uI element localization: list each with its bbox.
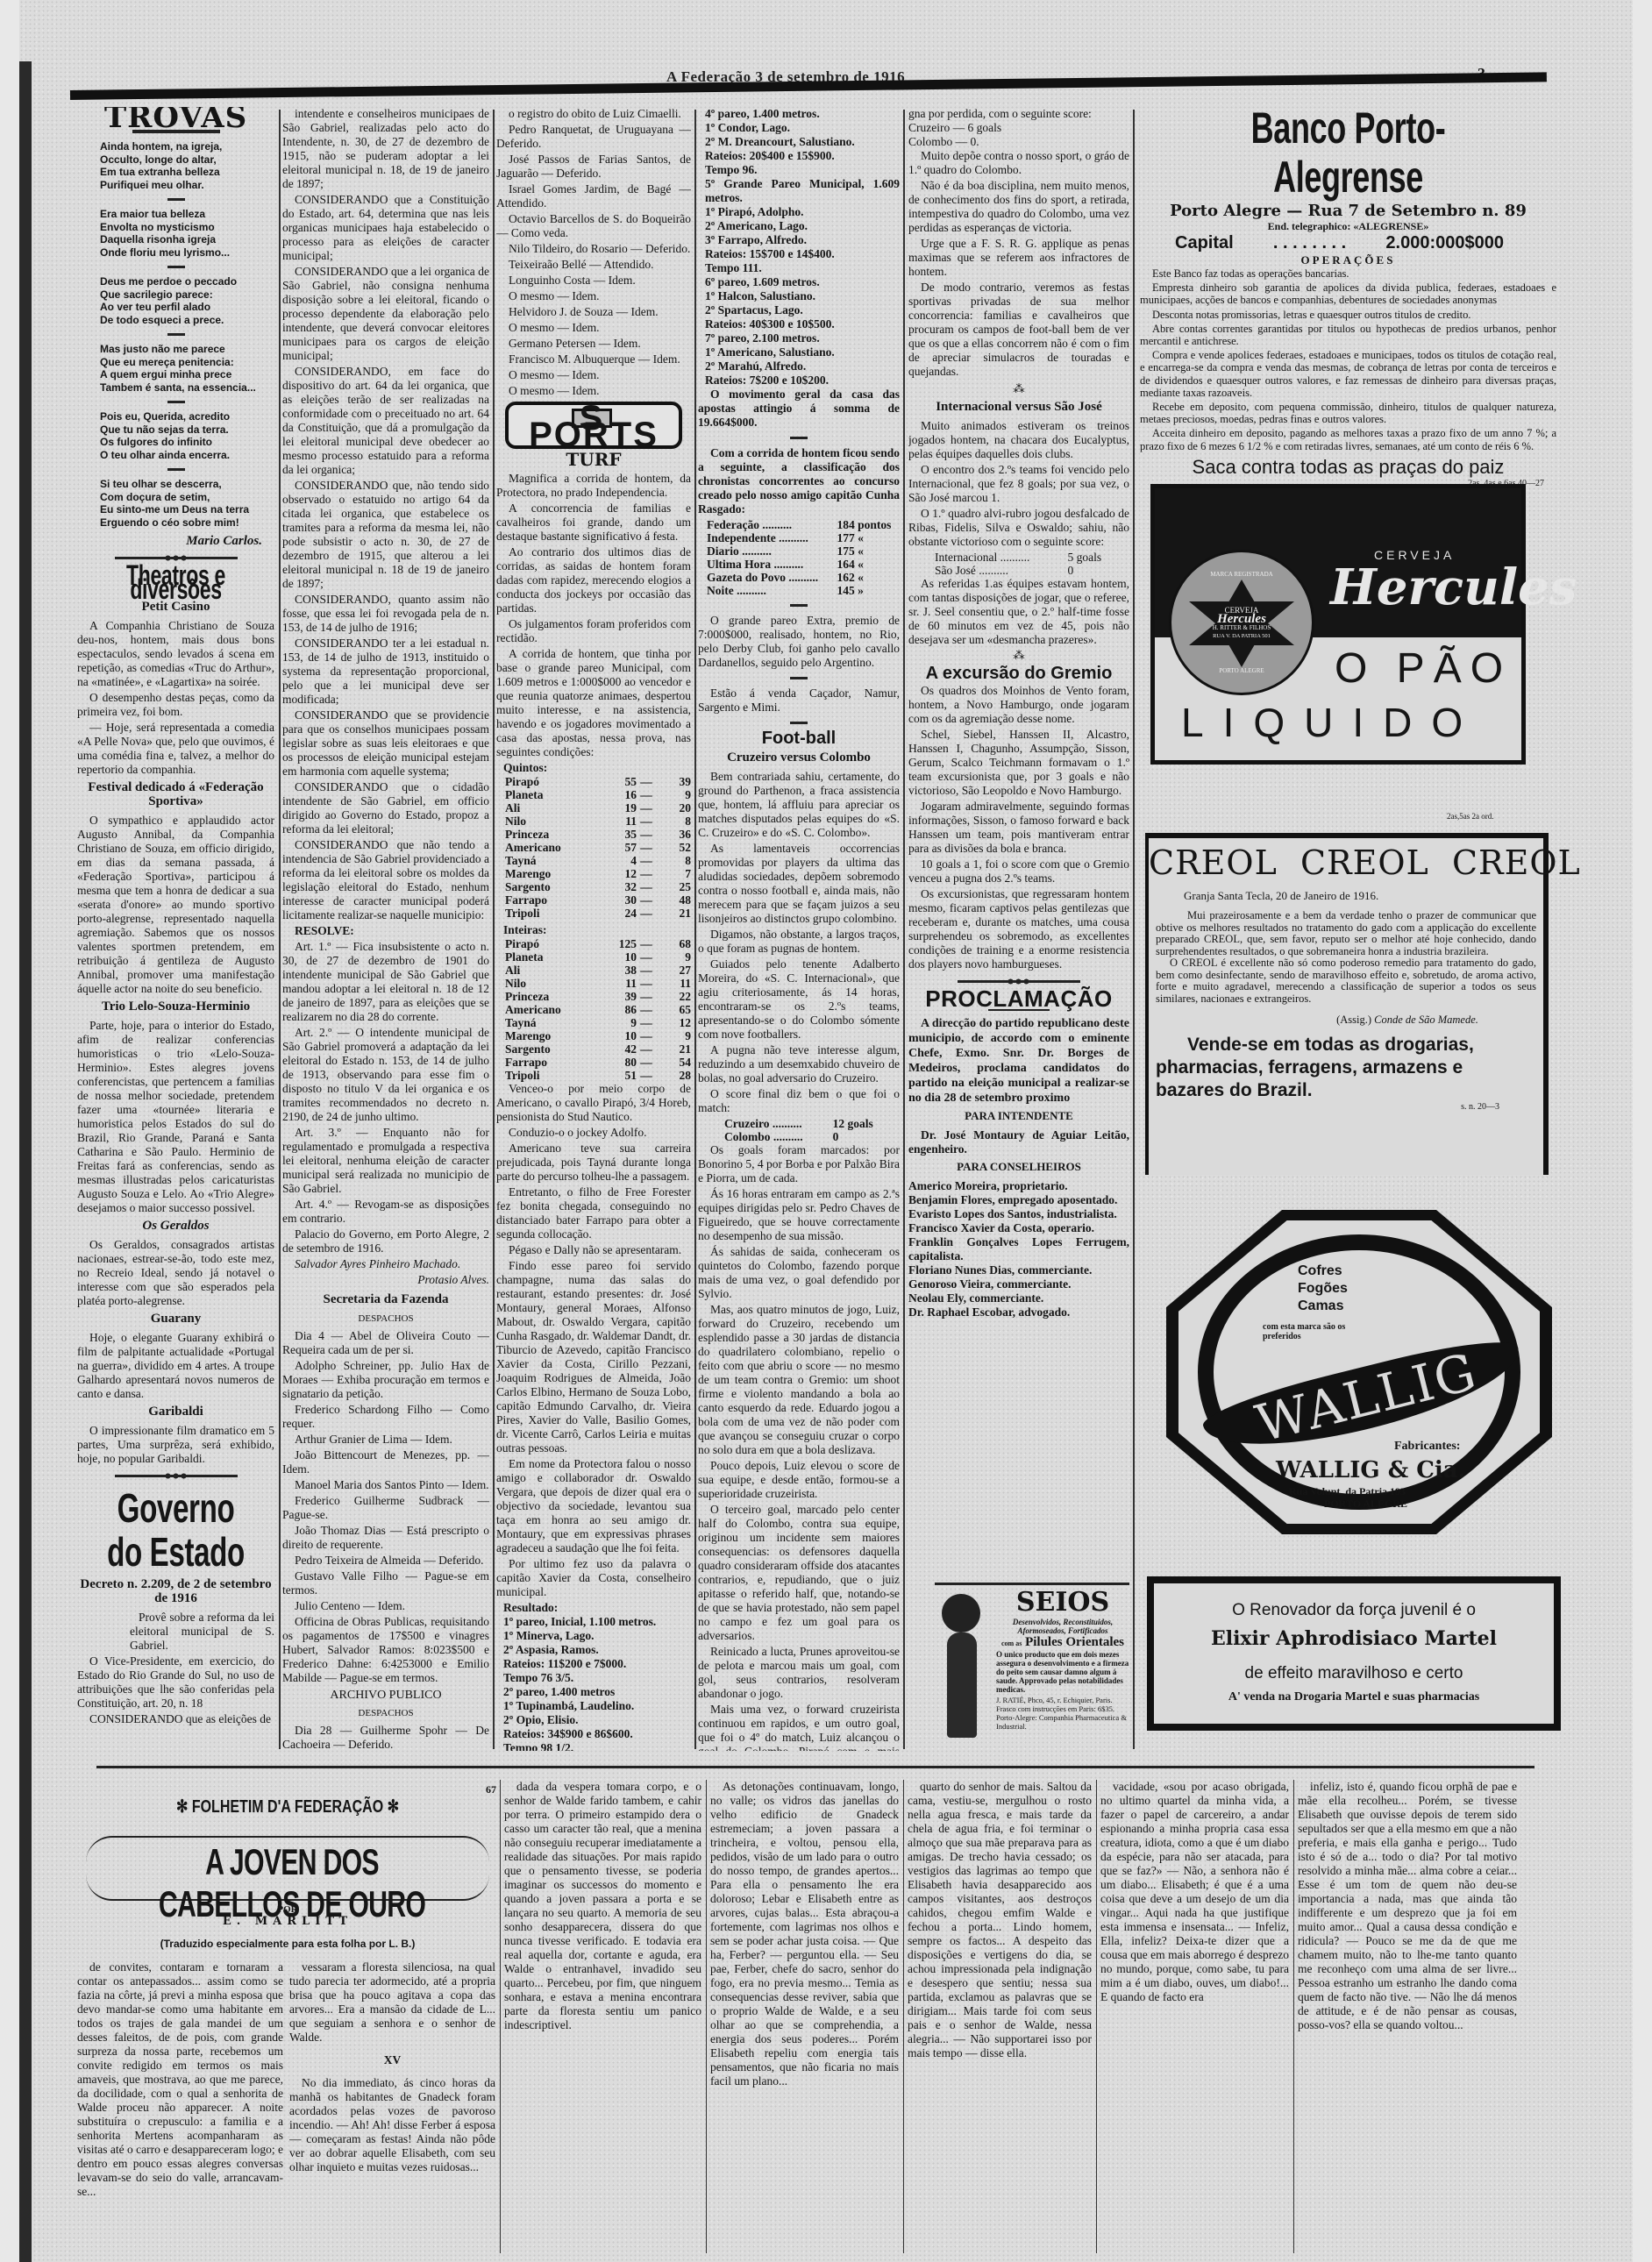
intendente-label: PARA INTENDENTE xyxy=(908,1109,1129,1123)
paragraph: CONSIDERANDO que se providencie para que… xyxy=(282,708,489,779)
paragraph: Os Geraldos, consagrados artistas nacion… xyxy=(77,1238,274,1308)
paragraph: — Hoje, será representada a comedia «A P… xyxy=(77,721,274,777)
line: Rateios: 15$700 e 14$400. xyxy=(705,247,900,261)
trovas-title: TROVAS xyxy=(77,110,274,124)
signature: Protasio Alves. xyxy=(282,1273,489,1287)
paragraph: Reinicado a lucta, Prunes aproveitou-se … xyxy=(698,1645,900,1701)
paragraph: Guiados pelo tenente Adalberto Moreira, … xyxy=(698,957,900,1042)
table-row: Nilo11—11 xyxy=(496,977,691,990)
turf-article: Magnifica a corrida de hontem, da Protec… xyxy=(496,472,691,759)
paragraph: O sympathico e applaudido actor Augusto … xyxy=(77,814,274,996)
line: Neolau Ely, commerciante. xyxy=(908,1291,1129,1305)
table-row: Marengo12—7 xyxy=(496,867,691,880)
creol-ad: CREOL CREOL CREOL Granja Santa Tecla, 20… xyxy=(1145,833,1549,1175)
wallig-ad: WALLIG CofresFogõesCamas com esta marca … xyxy=(1166,1210,1552,1534)
wallig-maker: WALLIG & Cia. xyxy=(1276,1457,1466,1483)
resolve-label: RESOLVE: xyxy=(282,924,489,938)
archivo-heading: ARCHIVO PUBLICO xyxy=(282,1689,489,1703)
martel-line3: de effeito maravilhoso e certo xyxy=(1154,1664,1554,1683)
page-edge-shadow xyxy=(19,61,32,2262)
creol-text: O CREOL é excellente não só como poderos… xyxy=(1149,957,1543,1005)
line: 2º Aspasia, Ramos. xyxy=(503,1643,691,1657)
banco-ad: Banco Porto-Alegrense Porto Alegre — Rua… xyxy=(1140,103,1556,472)
paragraph: O impressionante film dramatico em 5 par… xyxy=(77,1424,274,1466)
paragraph: Arthur Granier de Lima — Idem. xyxy=(282,1433,489,1447)
paragraph: O Vice-Presidente, em exercicio, do Esta… xyxy=(77,1654,274,1711)
line: 2º Opio, Elisio. xyxy=(503,1713,691,1727)
banco-address: Porto Alegre — Rua 7 de Setembro n. 89 xyxy=(1140,202,1556,220)
paragraph: Pedro Teixeira de Almeida — Deferido. xyxy=(282,1554,489,1568)
stanza: Era maior tua bellezaEnvolta no mysticis… xyxy=(77,208,274,259)
line: 1º Halcon, Salustiano. xyxy=(705,289,900,303)
archivo-entries-cont: o registro do obito de Luiz Cimaelli.Ped… xyxy=(496,107,691,398)
paragraph: Schel, Siebel, Hanssen II, Alcastro, Han… xyxy=(908,728,1129,798)
paragraph: Por ultimo fez uso da palavra o capitão … xyxy=(496,1557,691,1599)
seios-ad: SEIOS Desenvolvidos, Reconstituidos, Afo… xyxy=(935,1583,1129,1752)
line: Rateios: 40$300 e 10$500. xyxy=(705,317,900,331)
quintos-label: Quintos: xyxy=(496,761,691,775)
seios-maker: J. RATIÉ, Phco, 45, r. Echiquier, Paris.… xyxy=(996,1696,1129,1731)
folhetim-col-6: vacidade, «sou por acaso obrigada, no ul… xyxy=(1100,1780,1289,2258)
line: 1º pareo, Inicial, 1.100 metros. xyxy=(503,1615,691,1629)
seios-product: com as Pilules Orientales xyxy=(996,1635,1129,1650)
gremio-heading: A excursão do Gremio xyxy=(908,666,1129,680)
commentary: Muito depõe contra o nosso sport, o gráo… xyxy=(908,149,1129,379)
paragraph: CONSIDERANDO, em face do dispositivo do … xyxy=(282,365,489,477)
paragraph: Entretanto, o filho de Free Forester fez… xyxy=(496,1185,691,1241)
line: 2º Spartacus, Lago. xyxy=(705,303,900,317)
paragraph: O mesmo — Idem. xyxy=(496,289,691,303)
paragraph: 10 goals a 1, foi o score com que o Grem… xyxy=(908,857,1129,886)
line: Cruzeiro — 6 goals xyxy=(908,121,1129,135)
governo-title: Governo do Estado xyxy=(105,1486,247,1574)
creol-title: CREOL CREOL CREOL xyxy=(1149,843,1543,882)
line: Colombo — 0. xyxy=(908,135,1129,149)
decree-body: intendente e conselheiros municipaes de … xyxy=(282,107,489,922)
turf-article-cont: Venceo-o por meio corpo de Americano, o … xyxy=(496,1082,691,1599)
line: Dr. Raphael Escobar, advogado. xyxy=(908,1305,1129,1319)
column-rule xyxy=(279,110,281,1749)
line: Genoroso Vieira, commerciante. xyxy=(908,1277,1129,1291)
paragraph: A corrida de hontem, que tinha por base … xyxy=(496,647,691,759)
paragraph: Helvidoro J. de Souza — Idem. xyxy=(496,305,691,319)
paragraph: CONSIDERANDO ter a lei estadual n. 153, … xyxy=(282,637,489,707)
table-row: Princeza35—36 xyxy=(496,828,691,841)
despachos-label: DESPACHOS xyxy=(282,1312,489,1326)
column-rule xyxy=(706,1780,707,2253)
paragraph: Octavio Barcellos de S. do Boqueirão — C… xyxy=(496,212,691,240)
paragraph: Este Banco faz todas as operações bancar… xyxy=(1140,267,1556,280)
column-rule xyxy=(1096,1780,1097,2253)
paragraph: Magnifica a corrida de hontem, da Protec… xyxy=(496,472,691,500)
line: 1º Condor, Lago. xyxy=(705,121,900,135)
paragraph: Manoel Maria dos Santos Pinto — Idem. xyxy=(282,1478,489,1492)
line: Tempo 98 1/2. xyxy=(503,1741,691,1751)
paragraph: CONSIDERANDO que a lei organica de São G… xyxy=(282,265,489,363)
paragraph: Mas, aos quatro minutos de jogo, Luiz, f… xyxy=(698,1303,900,1457)
table-row: Farrapo30—48 xyxy=(496,893,691,907)
table-row: Cruzeiro ..........12 goals xyxy=(716,1117,887,1130)
column-3: o registro do obito de Luiz Cimaelli.Ped… xyxy=(496,107,691,1751)
race-results-cont: 4º pareo, 1.400 metros.1º Condor, Lago.2… xyxy=(698,107,900,388)
cruzeiro-article: Bem contrariada sahiu, certamente, do gr… xyxy=(698,770,900,1115)
line: Evaristo Lopes dos Santos, industrialist… xyxy=(908,1207,1129,1221)
paragraph: Ao contrario dos ultimos dias de corrida… xyxy=(496,545,691,615)
paragraph: Art. 1.º — Fica insubsistente o acto n. … xyxy=(282,940,489,1024)
line: Tempo 96. xyxy=(705,163,900,177)
stanza: Pois eu, Querida, acreditoQue tu não sej… xyxy=(77,410,274,461)
folhetim-col-3: dada da vespera tomara corpo, e o senhor… xyxy=(504,1780,701,2258)
paragraph: Os goals foram marcados: por Bonorino 5,… xyxy=(698,1143,900,1185)
creol-date: Granja Santa Tecla, 20 de Janeiro de 191… xyxy=(1149,889,1543,903)
column-rule xyxy=(1133,110,1135,1749)
divider xyxy=(790,437,808,439)
table-row: Pirapó55—39 xyxy=(496,775,691,788)
paragraph: Dia 4 — Abel de Oliveira Couto — Requeir… xyxy=(282,1329,489,1357)
paragraph: Palacio do Governo, em Porto Alegre, 2 d… xyxy=(282,1227,489,1255)
folhetim-col-4: As detonações continuavam, longo, no val… xyxy=(710,1780,899,2258)
paragraph: Gustavo Valle Filho — Pague-se em termos… xyxy=(282,1569,489,1597)
table-row: Sargento42—21 xyxy=(496,1042,691,1056)
paragraph: O grande pareo Extra, premio de 7:000$00… xyxy=(698,614,900,670)
paragraph: Art. 3.º — Enquanto não for regulamentad… xyxy=(282,1126,489,1196)
wallig-address: Rua Volunt. da Patria 193 xyxy=(1289,1485,1406,1498)
paragraph: Em nome da Protectora falou o nosso amig… xyxy=(496,1457,691,1555)
paragraph: Julio Centeno — Idem. xyxy=(282,1599,489,1613)
table-row: Noite ..........145 » xyxy=(698,584,900,597)
paragraph: O score final diz bem o que foi o match: xyxy=(698,1087,900,1115)
paragraph: Pedro Ranquetat, de Uruguayana — Deferid… xyxy=(496,123,691,151)
table-row: Diario ..........175 « xyxy=(698,544,900,558)
table-row: Federação ..........184 pontos xyxy=(698,518,900,531)
line: gna por perdida, com o seguinte score: xyxy=(908,107,1129,121)
table-row: Pirapó125—68 xyxy=(496,937,691,950)
paragraph: Adolpho Schreiner, pp. Julio Hax de Mora… xyxy=(282,1359,489,1401)
woman-illustration xyxy=(936,1594,989,1747)
candidate: Dr. José Montaury de Aguiar Leitão, enge… xyxy=(908,1128,1129,1156)
stanza: Deus me perdoe o peccadoQue sacrilegio p… xyxy=(77,275,274,326)
paragraph: Digamos, não obstante, a largos traços, … xyxy=(698,928,900,956)
banco-operations: Este Banco faz todas as operações bancar… xyxy=(1140,267,1556,452)
paragraph: A Companhia Christiano de Souza deu-nos,… xyxy=(77,619,274,689)
paragraph: Acceita dinheiro em deposito, pagando as… xyxy=(1140,427,1556,452)
folhetim-col-1: de convites, contaram e tornaram a conta… xyxy=(77,1960,283,2258)
column-rule xyxy=(694,110,696,1749)
paragraph: Os excursionistas, que regressaram honte… xyxy=(908,887,1129,971)
table-row: Ali38—27 xyxy=(496,964,691,977)
gremio-article: Os quadros dos Moinhos de Vento foram, h… xyxy=(908,684,1129,971)
banco-title: Banco Porto-Alegrense xyxy=(1199,103,1499,202)
column-5: gna por perdida, com o seguinte score:Cr… xyxy=(908,107,1129,1562)
chapter-number: XV xyxy=(289,2053,495,2067)
paragraph: O encontro dos 2.ºs teams foi vencido pe… xyxy=(908,463,1129,505)
paragraph: O mesmo — Idem. xyxy=(496,384,691,398)
table-row: Farrapo80—54 xyxy=(496,1056,691,1069)
table-row: São José ..........0 xyxy=(926,564,1114,577)
line: 4º pareo, 1.400 metros. xyxy=(705,107,900,121)
paragraph: Ás sahidas de saida, conheceram os quint… xyxy=(698,1245,900,1301)
banco-ops-title: OPERAÇÕES xyxy=(1140,253,1556,267)
hercules-slogan-1: O PÃO xyxy=(1335,644,1512,693)
proclamacao-heading: PROCLAMAÇÃO xyxy=(908,992,1129,1006)
paragraph: Os julgamentos foram proferidos com rect… xyxy=(496,617,691,645)
poem-author: Mario Carlos. xyxy=(77,534,262,548)
fazenda-entries: Dia 4 — Abel de Oliveira Couto — Requeir… xyxy=(282,1329,489,1685)
inteiras-table: Pirapó125—68Planeta10—9Ali38—27Nilo11—11… xyxy=(496,937,691,1082)
paragraph: Israel Gomes Jardim, de Bagé — Attendido… xyxy=(496,182,691,210)
ornament-divider xyxy=(115,1475,238,1477)
line: 2º Americano, Lago. xyxy=(705,219,900,233)
column-rule xyxy=(500,1780,501,2253)
table-row: Americano86—65 xyxy=(496,1003,691,1016)
paragraph: Com a corrida de hontem ficou sendo a se… xyxy=(698,446,900,516)
paragraph: Urge que a F. S. R. G. applique as penas… xyxy=(908,237,1129,279)
folhetim-header: 67 ✻ FOLHETIM D'A FEDERAÇÃO ✻ A JOVEN DO… xyxy=(77,1780,498,1955)
line: Francisco Xavier da Costa, operario. xyxy=(908,1221,1129,1235)
martel-line4: A' venda na Drogaria Martel e suas pharm… xyxy=(1154,1690,1554,1704)
line: Americo Moreira, proprietario. xyxy=(908,1179,1129,1193)
paragraph: CONSIDERANDO que o cidadão intendente de… xyxy=(282,780,489,836)
line: 7º pareo, 2.100 metros. xyxy=(705,331,900,345)
line: 2º pareo, 1.400 metros xyxy=(503,1685,691,1699)
race-results: 1º pareo, Inicial, 1.100 metros.1º Miner… xyxy=(496,1615,691,1751)
trovas-poem: Ainda hontem, na igreja,Occulto, longe d… xyxy=(77,140,274,529)
paragraph: O terceiro goal, marcado pelo center hal… xyxy=(698,1503,900,1643)
resultado-label: Resultado: xyxy=(496,1601,691,1615)
paragraph: Longuinho Costa — Idem. xyxy=(496,274,691,288)
turf-heading: TURF xyxy=(496,452,691,466)
garibaldi-heading: Garibaldi xyxy=(77,1405,274,1419)
divider xyxy=(790,604,808,607)
inter-heading: Internacional versus São José xyxy=(908,400,1129,414)
line: Tempo 76 3/5. xyxy=(503,1671,691,1685)
line: Tempo 111. xyxy=(705,261,900,275)
quintos-table: Pirapó55—39Planeta16—9Ali19—20Nilo11—8Pr… xyxy=(496,775,691,920)
paragraph: O 1.º quadro alvi-rubro jogou desfalcado… xyxy=(908,507,1129,549)
paragraph: Jogaram admiravelmente, seguindo formas … xyxy=(908,800,1129,856)
wallig-city: PORTO ALEGRE xyxy=(1324,1497,1407,1511)
line: 3º Farrapo, Alfredo. xyxy=(705,233,900,247)
folhetim-col-7: infeliz, isto é, quando ficou orphã de p… xyxy=(1298,1780,1517,2258)
table-row: Tripoli51—28 xyxy=(496,1069,691,1082)
table-row: Americano57—52 xyxy=(496,841,691,854)
paragraph: Compra e vende apolices federaes, estado… xyxy=(1140,349,1556,399)
table-row: Independente ..........177 « xyxy=(698,531,900,544)
table-row: Ali19—20 xyxy=(496,801,691,814)
wallig-products: CofresFogõesCamas xyxy=(1298,1263,1348,1315)
stanza: Ainda hontem, na igreja,Occulto, longe d… xyxy=(77,140,274,191)
candidates-list: Americo Moreira, proprietario.Benjamin F… xyxy=(908,1179,1129,1319)
paragraph: Pouco depois, Luiz elevou o score de sua… xyxy=(698,1459,900,1501)
paragraph: Mais uma vez, o forward cruzeirista cont… xyxy=(698,1703,900,1751)
line: 2º Marahú, Alfredo. xyxy=(705,359,900,373)
hercules-ad: CERVEJA Hercules MARCA REGISTRADA CERVEJ… xyxy=(1150,484,1526,765)
paragraph: Hoje, o elegante Guarany exhibirá o film… xyxy=(77,1331,274,1401)
line: 1º Tupinambá, Laudelino. xyxy=(503,1699,691,1713)
asterism: ⁂ xyxy=(908,382,1129,396)
paragraph: O mesmo — Idem. xyxy=(496,368,691,382)
paragraph: A direcção do partido republicano deste … xyxy=(908,1016,1129,1106)
line: 1º Americano, Salustiano. xyxy=(705,345,900,359)
table-row: Nilo11—8 xyxy=(496,814,691,828)
stanza: Mas justo não me pareceQue eu mereça pen… xyxy=(77,343,274,394)
column-4: 4º pareo, 1.400 metros.1º Condor, Lago.2… xyxy=(698,107,900,1751)
score-table: Cruzeiro ..........12 goalsColombo .....… xyxy=(716,1117,887,1143)
score-cont: gna por perdida, com o seguinte score:Cr… xyxy=(908,107,1129,149)
concurso-table: Federação ..........184 pontosIndependen… xyxy=(698,518,900,597)
paragraph: As lamentaveis occorrencias promovidas p… xyxy=(698,842,900,926)
line: Fogões xyxy=(1298,1280,1348,1298)
table-row: Gazeta do Povo ..........162 « xyxy=(698,571,900,584)
signature: Salvador Ayres Pinheiro Machado. xyxy=(282,1257,489,1271)
paragraph: Nilo Tildeiro, do Rosario — Deferido. xyxy=(496,242,691,256)
cruzeiro-article-cont: Os goals foram marcados: por Bonorino 5,… xyxy=(698,1143,900,1751)
paragraph: Ás 16 horas entraram em campo as 2.ªs eq… xyxy=(698,1187,900,1243)
archivo-entries: Dia 28 — Guilherme Spohr — De Cachoeira … xyxy=(282,1724,489,1751)
sports-logo-text: PORTS xyxy=(529,416,659,454)
line: Benjamin Flores, empregado aposentado. xyxy=(908,1193,1129,1207)
folhetim-number: 67 xyxy=(486,1783,496,1796)
paragraph: Recebe em deposito, com pequena commissã… xyxy=(1140,401,1556,425)
paragraph: João Thomaz Dias — Está prescripto o dir… xyxy=(282,1524,489,1552)
folhetim-label: ✻ FOLHETIM D'A FEDERAÇÃO ✻ xyxy=(119,1796,456,1817)
paragraph: João Bittencourt de Menezes, pp. — Idem. xyxy=(282,1448,489,1476)
paragraph: Os quadros dos Moinhos de Vento foram, h… xyxy=(908,684,1129,726)
paragraph: O mesmo — Idem. xyxy=(496,321,691,335)
martel-ad: O Renovador da força juvenil é o Elixir … xyxy=(1147,1576,1561,1731)
paragraph: De modo contrario, veremos as festas spo… xyxy=(908,281,1129,379)
paragraph: A concorrencia de familias e cavalheiros… xyxy=(496,501,691,544)
despachos-label: DESPACHOS xyxy=(282,1706,489,1720)
folhetim-rule xyxy=(96,1766,1535,1768)
paragraph: CONSIDERANDO, quanto assim não fosse, qu… xyxy=(282,593,489,635)
paragraph: Desconta notas promissorias, letras e qu… xyxy=(1140,309,1556,321)
ad-code: s. n. 20—3 xyxy=(1149,1102,1543,1112)
table-row: Colombo ..........0 xyxy=(716,1130,887,1143)
asterism: ⁂ xyxy=(908,649,1129,663)
decree-articles: Art. 1.º — Fica insubsistente o acto n. … xyxy=(282,940,489,1226)
conselheiros-label: PARA CONSELHEIROS xyxy=(908,1160,1129,1174)
paragraph: CONSIDERANDO que, não tendo sido observa… xyxy=(282,479,489,591)
trio-heading: Trio Lelo-Souza-Herminio xyxy=(77,999,274,1014)
table-row: Ultima Hora ..........164 « xyxy=(698,558,900,571)
wallig-tagline: com esta marca são os preferidos xyxy=(1263,1322,1359,1341)
paragraph: Francisco M. Albuquerque — Idem. xyxy=(496,352,691,366)
divider xyxy=(790,722,808,724)
line: Franklin Gonçalves Lopes Ferrugem, capit… xyxy=(908,1235,1129,1263)
paragraph: Frederico Schardong Filho — Como requer. xyxy=(282,1403,489,1431)
paragraph: Frederico Guilherme Sudbrack — Pague-se. xyxy=(282,1494,489,1522)
paragraph: o registro do obito de Luiz Cimaelli. xyxy=(496,107,691,121)
seios-subtitle: Desenvolvidos, Reconstituidos, Aformosea… xyxy=(996,1618,1129,1635)
seios-text: O unico producto que em dois mezes asseg… xyxy=(996,1650,1129,1694)
column-2: intendente e conselheiros municipaes de … xyxy=(282,107,489,1751)
paragraph: Dia 28 — Guilherme Spohr — De Cachoeira … xyxy=(282,1724,489,1751)
table-row: Tayná9—12 xyxy=(496,1016,691,1029)
line: Cofres xyxy=(1298,1263,1348,1280)
folhetim-author: E. MARLITT xyxy=(77,1915,498,1928)
inteiras-label: Inteiras: xyxy=(496,923,691,937)
line: Rateios: 11$200 e 7$000. xyxy=(503,1657,691,1671)
creol-sale: Vende-se em todas as drogarias, pharmaci… xyxy=(1149,1034,1543,1102)
creol-signature: (Assig.) Conde de São Mamede. xyxy=(1271,1014,1543,1027)
column-rule xyxy=(1293,1780,1294,2253)
football-heading: Foot-ball xyxy=(698,731,900,745)
banco-footer: Saca contra todas as praças do paiz xyxy=(1140,456,1556,479)
table-row: Internacional ..........5 goals xyxy=(926,551,1114,564)
table-row: Planeta10—9 xyxy=(496,950,691,964)
column-rule xyxy=(903,1780,904,2253)
ornament-divider xyxy=(958,980,1080,983)
paragraph: Bem contrariada sahiu, certamente, do gr… xyxy=(698,770,900,840)
line: 6º pareo, 1.609 metros. xyxy=(705,275,900,289)
column-rule xyxy=(903,110,905,1749)
line: Rateios: 20$400 e 15$900. xyxy=(705,149,900,163)
paragraph: CONSIDERANDO que as eleições de xyxy=(77,1712,274,1726)
paragraph: Teixeiraão Bellé — Attendido. xyxy=(496,258,691,272)
paragraph: Muito animados estiveram os treinos joga… xyxy=(908,419,1129,461)
inter-article: Muito animados estiveram os treinos joga… xyxy=(908,419,1129,549)
martel-line1: O Renovador da força juvenil é o xyxy=(1154,1601,1554,1620)
cruzeiro-heading: Cruzeiro versus Colombo xyxy=(698,750,900,765)
banco-capital: Capital. . . . . . . .2.000:000$000 xyxy=(1140,233,1556,253)
line: 1º Minerva, Lago. xyxy=(503,1629,691,1643)
hercules-slogan-2: LIQUIDO xyxy=(1181,699,1482,746)
paragraph: Conduzio-o o jockey Adolfo. xyxy=(496,1126,691,1140)
paragraph: Estão á venda Caçador, Namur, Sargento e… xyxy=(698,686,900,715)
paragraph: José Passos de Farias Santos, de Jaguarã… xyxy=(496,153,691,181)
hercules-brand: Hercules xyxy=(1330,558,1577,616)
geraldos-heading: Os Geraldos xyxy=(77,1219,274,1233)
paragraph: intendente e conselheiros municipaes de … xyxy=(282,107,489,191)
paragraph: As referidas 1.as équipes estavam hontem… xyxy=(908,577,1129,647)
ad-code: 2as,5as 2a ord. xyxy=(1447,812,1494,821)
paragraph: O movimento geral da casa das apostas at… xyxy=(698,388,900,430)
creol-text: Mui prazeirosamente e a bem da verdade t… xyxy=(1149,910,1543,957)
line: 2º M. Dreancourt, Salustiano. xyxy=(705,135,900,149)
paragraph: A pugna não teve interesse algum, reduzi… xyxy=(698,1043,900,1085)
table-row: Marengo10—9 xyxy=(496,1029,691,1042)
column-1: TROVAS Ainda hontem, na igreja,Occulto, … xyxy=(77,107,274,1751)
festival-heading: Festival dedicado á «Federação Sportiva» xyxy=(77,780,274,808)
martel-product: Elixir Aphrodisiaco Martel xyxy=(1154,1627,1554,1650)
paragraph: Empresta dinheiro sob garantia de apolic… xyxy=(1140,281,1556,306)
paragraph: Venceo-o por meio corpo de Americano, o … xyxy=(496,1082,691,1124)
folhetim-translation: (Traduzido especialmente para esta folha… xyxy=(77,1938,498,1950)
paragraph: Americano teve sua carreira prejudicada,… xyxy=(496,1142,691,1184)
guarany-heading: Guarany xyxy=(77,1312,274,1326)
paragraph: Art. 2.º — O intendente municipal de São… xyxy=(282,1026,489,1124)
paragraph: Não é da boa disciplina, nem muito menos… xyxy=(908,179,1129,235)
paragraph: Germano Petersen — Idem. xyxy=(496,337,691,351)
table-row: Planeta16—9 xyxy=(496,788,691,801)
score-table: Internacional ..........5 goalsSão José … xyxy=(926,551,1114,577)
theatros-title: Theatros e diversões xyxy=(105,568,247,596)
decree-summary: Provê sobre a reforma da lei eleitoral m… xyxy=(77,1611,274,1653)
folhetim-col-2: vessaram a floresta silenciosa, na qual … xyxy=(289,1960,495,2258)
folhetim-col-5: quarto do senhor de mais. Saltou da cama… xyxy=(908,1780,1092,2258)
line: Floriano Nunes Dias, commerciante. xyxy=(908,1263,1129,1277)
divider xyxy=(790,677,808,679)
line: 1º Pirapó, Adolpho. xyxy=(705,205,900,219)
stanza: Si teu olhar se descerra,Com doçura de s… xyxy=(77,478,274,529)
table-row: Tayná4—8 xyxy=(496,854,691,867)
line: Rateios: 7$200 e 10$200. xyxy=(705,373,900,388)
banco-telegraphic: End. telegraphico: «ALEGRENSE» xyxy=(1140,220,1556,233)
table-row: Tripoli24—21 xyxy=(496,907,691,920)
folhetim-by: POR xyxy=(77,1904,498,1915)
paragraph: CONSIDERANDO que não tendo a intendencia… xyxy=(282,838,489,922)
